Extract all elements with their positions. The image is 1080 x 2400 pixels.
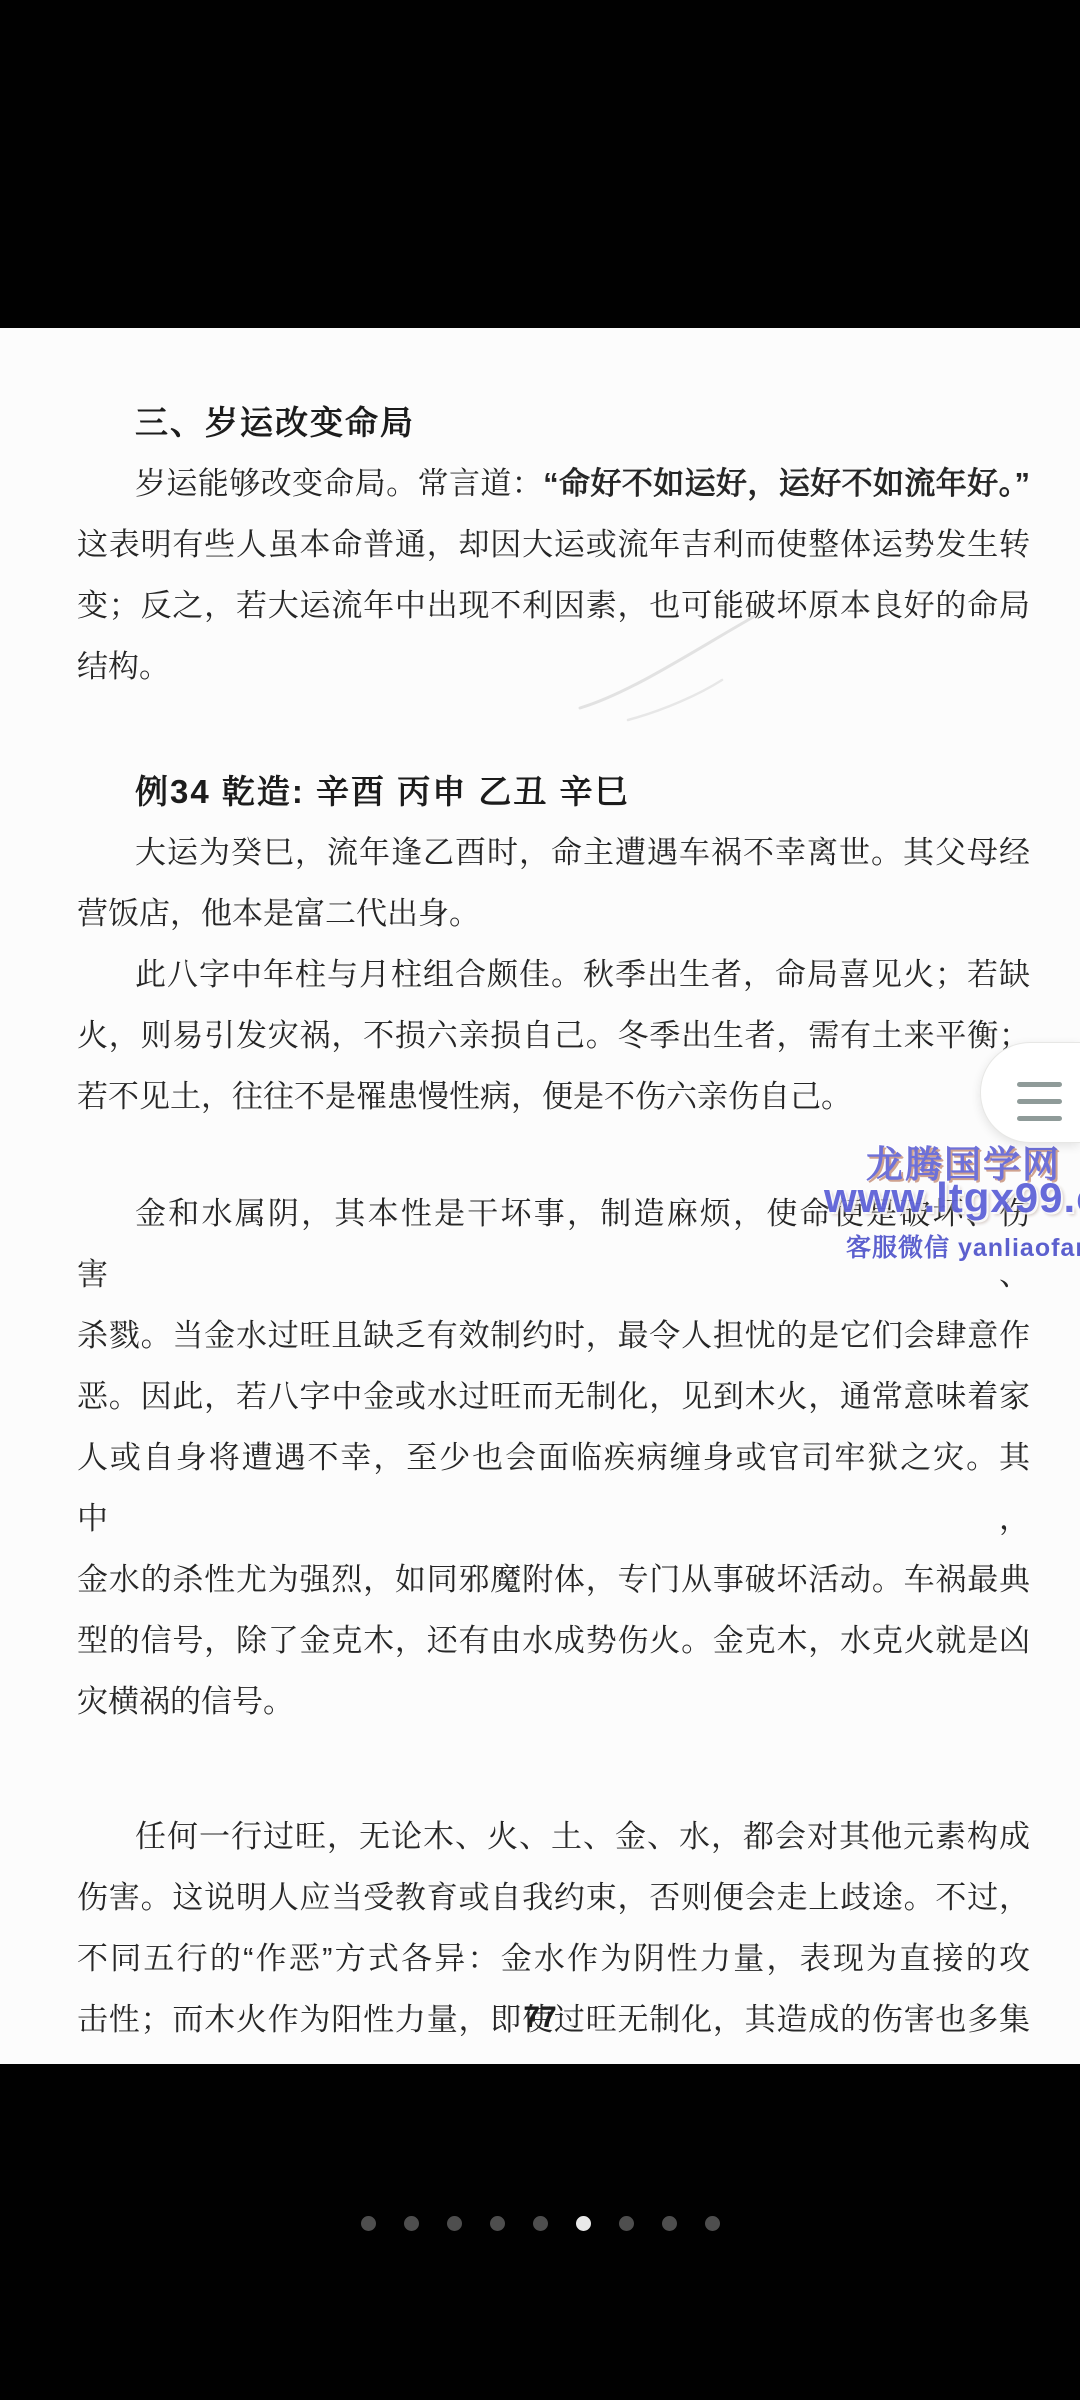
section-heading: 例34 乾造: 辛酉 丙申 乙丑 辛巳: [77, 761, 1030, 822]
page-indicator: [0, 2215, 1080, 2231]
text-line: 这表明有些人虽本命普通，却因大运或流年吉利而使整体运势发生转: [77, 514, 1030, 575]
text-line: 杀戮。当金水过旺且缺乏有效制约时，最令人担忧的是它们会肆意作: [77, 1305, 1030, 1366]
page-dot[interactable]: [619, 2216, 634, 2231]
text-line: 此八字中年柱与月柱组合颇佳。秋季出生者，命局喜见火；若缺: [77, 944, 1030, 1005]
text-line: 灾横祸的信号。: [77, 1671, 1030, 1732]
text-line: 金和水属阴，其本性是干坏事，制造麻烦，使命便是破坏、伤害、: [77, 1183, 1030, 1305]
book-page[interactable]: 三、岁运改变命局岁运能够改变命局。常言道：“命好不如运好，运好不如流年好。”这表…: [0, 328, 1080, 2064]
text-line: 人或自身将遭遇不幸，至少也会面临疾病缠身或官司牢狱之灾。其中，: [77, 1427, 1030, 1549]
page-dot[interactable]: [662, 2216, 677, 2231]
page-dot-active[interactable]: [576, 2216, 591, 2231]
page-dot[interactable]: [533, 2216, 548, 2231]
text-line: 金水的杀性尤为强烈，如同邪魔附体，专门从事破坏活动。车祸最典: [77, 1549, 1030, 1610]
text-line: 恶。因此，若八字中金或水过旺而无制化，见到木火，通常意味着家: [77, 1366, 1030, 1427]
text-line: 不同五行的“作恶”方式各异：金水作为阴性力量，表现为直接的攻: [77, 1928, 1030, 1989]
text-line: 大运为癸巳，流年逢乙酉时，命主遭遇车祸不幸离世。其父母经: [77, 822, 1030, 883]
paragraph: 金和水属阴，其本性是干坏事，制造麻烦，使命便是破坏、伤害、杀戮。当金水过旺且缺乏…: [77, 1183, 1030, 1732]
text-line: 变；反之，若大运流年中出现不利因素，也可能破坏原本良好的命局: [77, 575, 1030, 636]
paragraph: 此八字中年柱与月柱组合颇佳。秋季出生者，命局喜见火；若缺火，则易引发灾祸，不损六…: [77, 944, 1030, 1127]
reader-screen: 三、岁运改变命局岁运能够改变命局。常言道：“命好不如运好，运好不如流年好。”这表…: [0, 0, 1080, 2400]
text-line: 火，则易引发灾祸，不损六亲损自己。冬季出生者，需有土来平衡；: [77, 1005, 1030, 1066]
bottom-letterbox: [0, 2064, 1080, 2400]
text-line: 营饭店，他本是富二代出身。: [77, 883, 1030, 944]
paragraph: 大运为癸巳，流年逢乙酉时，命主遭遇车祸不幸离世。其父母经营饭店，他本是富二代出身…: [77, 822, 1030, 944]
top-letterbox: [0, 0, 1080, 328]
text-line: 伤害。这说明人应当受教育或自我约束，否则便会走上歧途。不过，: [77, 1867, 1030, 1928]
page-dot[interactable]: [447, 2216, 462, 2231]
page-dot[interactable]: [404, 2216, 419, 2231]
menu-drawer-handle[interactable]: [980, 1042, 1080, 1143]
section-heading: 三、岁运改变命局: [77, 392, 1030, 453]
text-line: 结构。: [77, 636, 1030, 697]
text-line: 任何一行过旺，无论木、火、土、金、水，都会对其他元素构成: [77, 1806, 1030, 1867]
page-dot[interactable]: [490, 2216, 505, 2231]
paragraph: 岁运能够改变命局。常言道：“命好不如运好，运好不如流年好。”这表明有些人虽本命普…: [77, 453, 1030, 697]
page-dot[interactable]: [705, 2216, 720, 2231]
text-line: 岁运能够改变命局。常言道：“命好不如运好，运好不如流年好。”: [77, 453, 1030, 514]
text-line: 型的信号，除了金克木，还有由水成势伤火。金克木，水克火就是凶: [77, 1610, 1030, 1671]
page-number: 77: [0, 1987, 1080, 2048]
text-line: 若不见土，往往不是罹患慢性病，便是不伤六亲伤自己。: [77, 1066, 1030, 1127]
page-dot[interactable]: [361, 2216, 376, 2231]
text-flow: 三、岁运改变命局岁运能够改变命局。常言道：“命好不如运好，运好不如流年好。”这表…: [77, 392, 1030, 2050]
